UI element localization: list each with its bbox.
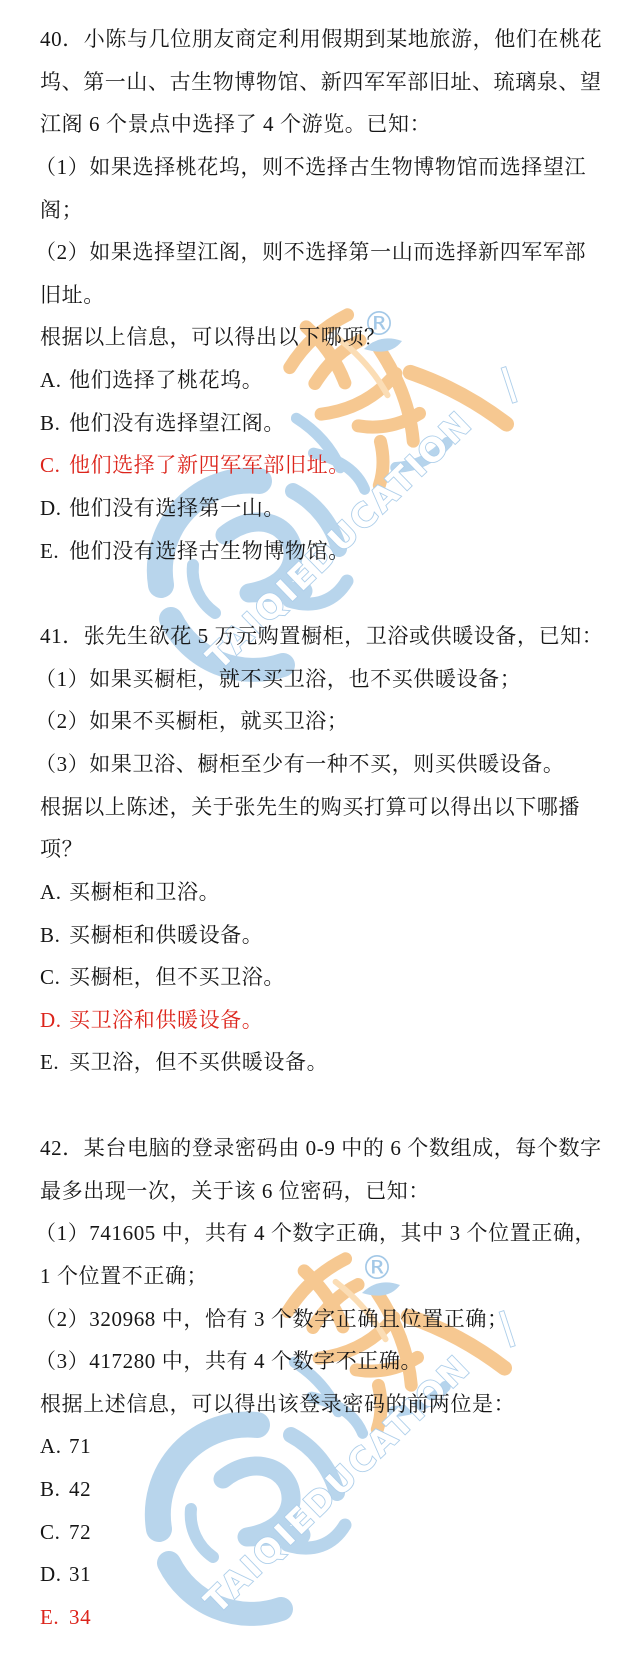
option-label: A.: [40, 359, 69, 402]
stem-line: 40．小陈与几位朋友商定利用假期到某地旅游，他们在桃花: [40, 18, 640, 61]
option-text: 71: [69, 1434, 91, 1458]
question-prompt: 根据上述信息，可以得出该登录密码的前两位是：: [40, 1383, 640, 1426]
option-row-40c-answer: C.他们选择了新四军军部旧址。: [40, 444, 640, 487]
option-label: E.: [40, 1596, 69, 1639]
option-text: 买卫浴和供暖设备。: [69, 1008, 263, 1032]
option-text: 他们没有选择第一山。: [69, 496, 285, 520]
condition-line: （1）如果买橱柜，就不买卫浴，也不买供暖设备；: [35, 658, 640, 701]
condition-line: （1）如果选择桃花坞，则不选择古生物博物馆而选择望江: [35, 146, 640, 189]
option-label: A.: [40, 1425, 69, 1468]
option-text: 买橱柜和卫浴。: [69, 880, 220, 904]
question-prompt: 根据以上信息，可以得出以下哪项？: [40, 316, 640, 359]
option-text: 他们没有选择望江阁。: [69, 411, 285, 435]
stem-line: 阁；: [40, 189, 640, 232]
option-text: 72: [69, 1520, 91, 1544]
option-label: B.: [40, 402, 69, 445]
stem-line: 江阁 6 个景点中选择了 4 个游览。已知：: [40, 103, 640, 146]
question-40: 40．小陈与几位朋友商定利用假期到某地旅游，他们在桃花 坞、第一山、古生物博物馆…: [40, 18, 640, 572]
option-row-41a: A.买橱柜和卫浴。: [40, 871, 640, 914]
option-label: D.: [40, 999, 69, 1042]
condition-line: （1）741605 中，共有 4 个数字正确，其中 3 个位置正确，: [35, 1212, 640, 1255]
stem-line: 最多出现一次，关于该 6 位密码，已知：: [40, 1170, 640, 1213]
option-label: C.: [40, 1511, 69, 1554]
option-text: 买橱柜和供暖设备。: [69, 923, 263, 947]
option-row-42b: B.42: [40, 1468, 640, 1511]
condition-line: （2）320968 中，恰有 3 个数字正确且位置正确；: [35, 1298, 640, 1341]
question-prompt: 项？: [40, 828, 640, 871]
option-row-40d: D.他们没有选择第一山。: [40, 487, 640, 530]
stem-line: 坞、第一山、古生物博物馆、新四军军部旧址、琉璃泉、望: [40, 61, 640, 104]
option-label: B.: [40, 914, 69, 957]
stem-line: 41．张先生欲花 5 万元购置橱柜，卫浴或供暖设备，已知：: [40, 615, 640, 658]
stem-line: 1 个位置不正确；: [40, 1255, 640, 1298]
option-row-42d: D.31: [40, 1553, 640, 1596]
option-text: 他们选择了新四军军部旧址。: [69, 453, 350, 477]
condition-line: （3）如果卫浴、橱柜至少有一种不买，则买供暖设备。: [35, 743, 640, 786]
option-row-42c: C.72: [40, 1511, 640, 1554]
option-label: A.: [40, 871, 69, 914]
option-text: 买卫浴，但不买供暖设备。: [69, 1050, 328, 1074]
condition-line: （2）如果不买橱柜，就买卫浴；: [35, 700, 640, 743]
option-text: 买橱柜，但不买卫浴。: [69, 965, 285, 989]
stem-line: 42．某台电脑的登录密码由 0-9 中的 6 个数组成，每个数字: [40, 1127, 640, 1170]
option-row-40b: B.他们没有选择望江阁。: [40, 402, 640, 445]
option-label: D.: [40, 487, 69, 530]
option-label: D.: [40, 1553, 69, 1596]
option-text: 他们没有选择古生物博物馆。: [69, 539, 350, 563]
option-text: 31: [69, 1562, 91, 1586]
option-row-40e: E.他们没有选择古生物博物馆。: [40, 530, 640, 573]
condition-line: （3）417280 中，共有 4 个数字不正确。: [35, 1340, 640, 1383]
option-text: 34: [69, 1605, 91, 1629]
option-row-42a: A.71: [40, 1425, 640, 1468]
option-row-41e: E.买卫浴，但不买供暖设备。: [40, 1041, 640, 1084]
option-row-40a: A.他们选择了桃花坞。: [40, 359, 640, 402]
option-label: C.: [40, 956, 69, 999]
question-41: 41．张先生欲花 5 万元购置橱柜，卫浴或供暖设备，已知： （1）如果买橱柜，就…: [40, 615, 640, 1084]
option-label: E.: [40, 530, 69, 573]
exam-page: ® TAIQIEDUCATION | 40．小陈与几位朋友商定利用假期到某地旅游…: [0, 0, 640, 1657]
question-prompt: 根据以上陈述，关于张先生的购买打算可以得出以下哪播: [40, 786, 640, 829]
option-row-41d-answer: D.买卫浴和供暖设备。: [40, 999, 640, 1042]
option-label: E.: [40, 1041, 69, 1084]
question-42: 42．某台电脑的登录密码由 0-9 中的 6 个数组成，每个数字 最多出现一次，…: [40, 1127, 640, 1639]
option-row-41b: B.买橱柜和供暖设备。: [40, 914, 640, 957]
option-text: 42: [69, 1477, 91, 1501]
condition-line: （2）如果选择望江阁，则不选择第一山而选择新四军军部: [35, 231, 640, 274]
option-row-41c: C.买橱柜，但不买卫浴。: [40, 956, 640, 999]
option-label: B.: [40, 1468, 69, 1511]
option-text: 他们选择了桃花坞。: [69, 368, 263, 392]
question-list: 40．小陈与几位朋友商定利用假期到某地旅游，他们在桃花 坞、第一山、古生物博物馆…: [0, 0, 640, 1639]
option-row-42e-answer: E.34: [40, 1596, 640, 1639]
stem-line: 旧址。: [40, 274, 640, 317]
option-label: C.: [40, 444, 69, 487]
